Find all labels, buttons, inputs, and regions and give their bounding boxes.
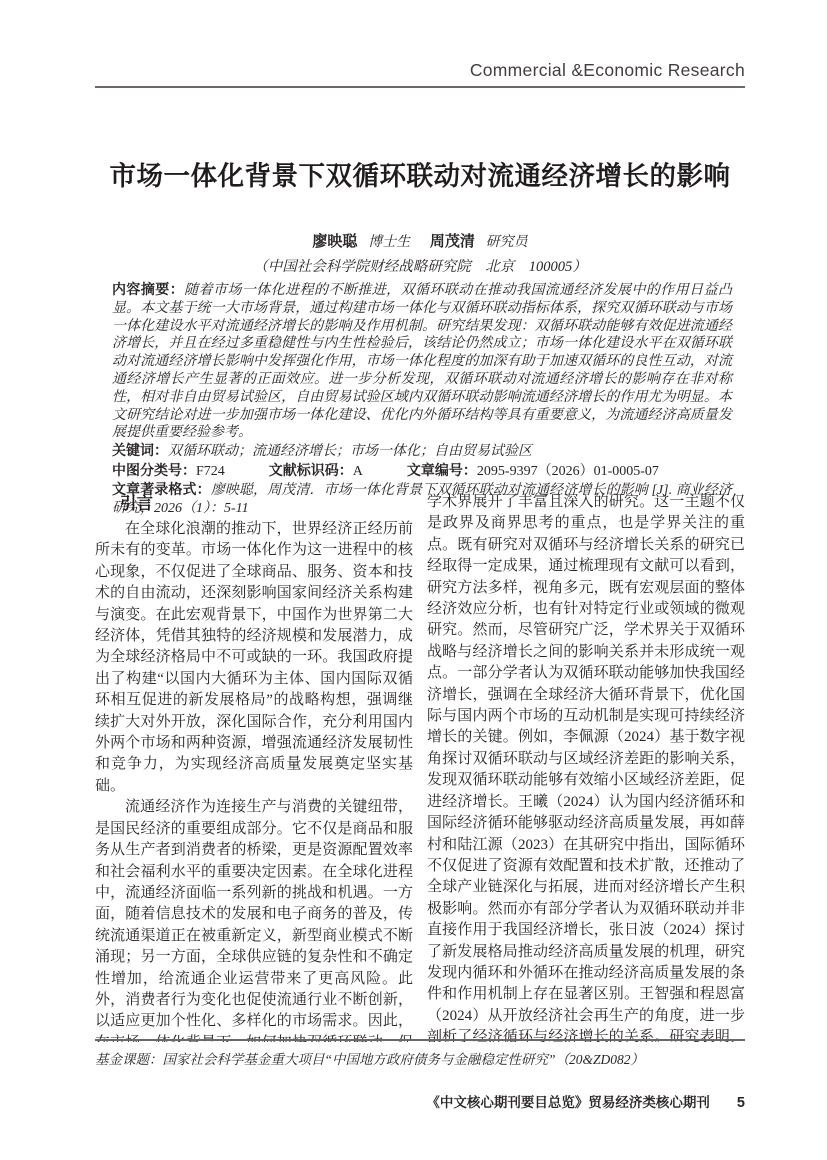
author-2: 周茂清 研究员 [430,230,528,251]
footnote-rule [95,1039,745,1041]
journal-english-title: Commercial &Economic Research [95,60,745,81]
page-footer: 《中文核心期刊要目总览》贸易经济类核心期刊5 [95,1091,745,1111]
footer-journal-name: 《中文核心期刊要目总览》贸易经济类核心期刊 [426,1095,710,1110]
abstract-text: 随着市场一体化进程的不断推进，双循环联动在推动我国流通经济发展中的作用日益凸显。… [112,283,732,440]
article-title: 市场一体化背景下双循环联动对流通经济增长的影响 [95,154,745,193]
article-no-pair: 文章编号：2095-9397（2026）01-0005-07 [407,464,659,479]
author-1: 廖映聪 博士生 [312,230,410,251]
author-affiliation: （中国社会科学院财经战略研究院 北京 100005） [95,255,745,276]
masthead: Commercial &Economic Research [95,60,745,88]
clc-label: 中图分类号： [112,462,196,478]
right-column: 学术界展开了丰富且深入的研究。这一主题不仅是政界及商界思考的重点，也是学界关注的… [427,492,745,1042]
left-column: 引言 在全球化浪潮的推动下，世界经济正经历前所未有的变革。市场一体化作为这一进程… [95,492,413,1042]
body-paragraph: 在全球化浪潮的推动下，世界经济正经历前所未有的变革。市场一体化作为这一进程中的核… [95,519,413,797]
section-heading-introduction: 引言 [95,492,413,516]
masthead-rule [95,86,745,88]
author-2-name: 周茂清 [430,233,475,250]
clc-pair: 中图分类号：F724 [112,464,225,479]
author-2-role: 研究员 [486,235,528,250]
author-1-role: 博士生 [368,235,410,250]
keywords-label: 关键词： [112,442,168,458]
abstract-paragraph: 内容摘要：随着市场一体化进程的不断推进，双循环联动在推动我国流通经济发展中的作用… [112,281,732,442]
frontmatter-block: 内容摘要：随着市场一体化进程的不断推进，双循环联动在推动我国流通经济发展中的作用… [112,281,732,517]
journal-page: Commercial &Economic Research 市场一体化背景下双循… [0,0,827,1160]
doc-code-value: A [353,464,363,479]
article-no-value: 2095-9397（2026）01-0005-07 [477,464,659,479]
body-paragraph: 流通经济作为连接生产与消费的关键纽带，是国民经济的重要组成部分。它不仅是商品和服… [95,797,413,1042]
page-number: 5 [737,1095,745,1111]
doc-code-label: 文献标识码： [269,462,353,478]
keywords-text: 双循环联动；流通经济增长；市场一体化；自由贸易试验区 [168,444,532,459]
body-paragraph-continuation: 学术界展开了丰富且深入的研究。这一主题不仅是政界及商界思考的重点，也是学界关注的… [427,492,745,1042]
funding-footnote: 基金课题：国家社会科学基金重大项目“中国地方政府债务与金融稳定性研究”（20&Z… [95,1051,745,1069]
keywords-line: 关键词：双循环联动；流通经济增长；市场一体化；自由贸易试验区 [112,442,732,461]
abstract-label: 内容摘要： [112,281,184,297]
author-1-name: 廖映聪 [312,233,357,250]
meta-line: 中图分类号：F724文献标识码：A文章编号：2095-9397（2026）01-… [112,462,732,481]
author-line: 廖映聪 博士生 周茂清 研究员 [95,230,745,251]
clc-value: F724 [196,464,225,479]
doc-code-pair: 文献标识码：A [269,464,363,479]
article-no-label: 文章编号： [407,462,477,478]
body-columns: 引言 在全球化浪潮的推动下，世界经济正经历前所未有的变革。市场一体化作为这一进程… [95,492,745,1042]
